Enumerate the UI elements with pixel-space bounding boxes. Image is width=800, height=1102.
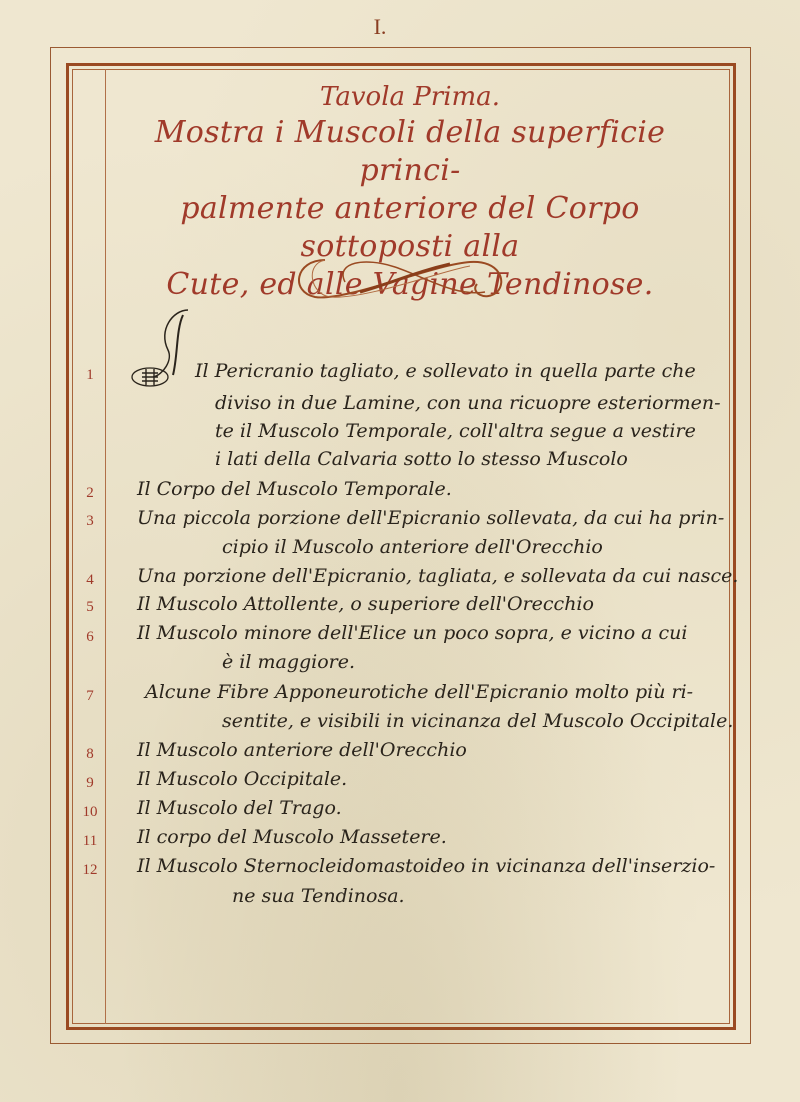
entry-number: 4 bbox=[75, 572, 105, 589]
entry-line: Il Muscolo del Trago. bbox=[137, 797, 342, 819]
entry-line: Una porzione dell'Epicranio, tagliata, e… bbox=[137, 565, 738, 587]
entry-number: 11 bbox=[75, 833, 105, 850]
manuscript-page: I. Tavola Prima. Mostra i Muscoli della … bbox=[0, 0, 800, 1102]
entry-number: 5 bbox=[75, 599, 105, 616]
entry-number: 12 bbox=[75, 862, 105, 879]
entry-number: 7 bbox=[75, 688, 105, 705]
entry-line: Una piccola porzione dell'Epicranio soll… bbox=[137, 507, 724, 529]
entry-line: Il Muscolo Attollente, o superiore dell'… bbox=[137, 593, 594, 615]
entry-line: te il Muscolo Temporale, coll'altra segu… bbox=[215, 420, 696, 442]
entry-line: Il Muscolo minore dell'Elice un poco sop… bbox=[137, 622, 688, 644]
legend-entries: 1 Il Pericranio tagliato, e sollevato in… bbox=[0, 0, 800, 1102]
entry-number: 1 bbox=[75, 367, 105, 384]
entry-line: Il Muscolo Sternocleidomastoideo in vici… bbox=[137, 855, 715, 877]
entry-line: sentite, e visibili in vicinanza del Mus… bbox=[222, 710, 733, 732]
entry-number: 6 bbox=[75, 629, 105, 646]
entry-number: 9 bbox=[75, 775, 105, 792]
entry-number: 3 bbox=[75, 513, 105, 530]
entry-line: cipio il Muscolo anteriore dell'Orecchio bbox=[222, 536, 603, 558]
entry-number: 2 bbox=[75, 485, 105, 502]
entry-line: Il Muscolo Occipitale. bbox=[137, 768, 347, 790]
entry-line: Il Pericranio tagliato, e sollevato in q… bbox=[195, 360, 696, 382]
entry-line: Il Muscolo anteriore dell'Orecchio bbox=[137, 739, 467, 761]
entry-line: Alcune Fibre Apponeurotiche dell'Epicran… bbox=[145, 681, 693, 703]
entry-line: diviso in due Lamine, con una ricuopre e… bbox=[215, 392, 721, 414]
entry-line: Il corpo del Muscolo Massetere. bbox=[137, 826, 447, 848]
entry-line: i lati della Calvaria sotto lo stesso Mu… bbox=[215, 448, 628, 470]
entry-number: 10 bbox=[75, 804, 105, 821]
entry-line: è il maggiore. bbox=[222, 651, 355, 673]
entry-line: Il Corpo del Muscolo Temporale. bbox=[137, 478, 452, 500]
entry-number: 8 bbox=[75, 746, 105, 763]
entry-line: ne sua Tendinosa. bbox=[232, 885, 405, 907]
